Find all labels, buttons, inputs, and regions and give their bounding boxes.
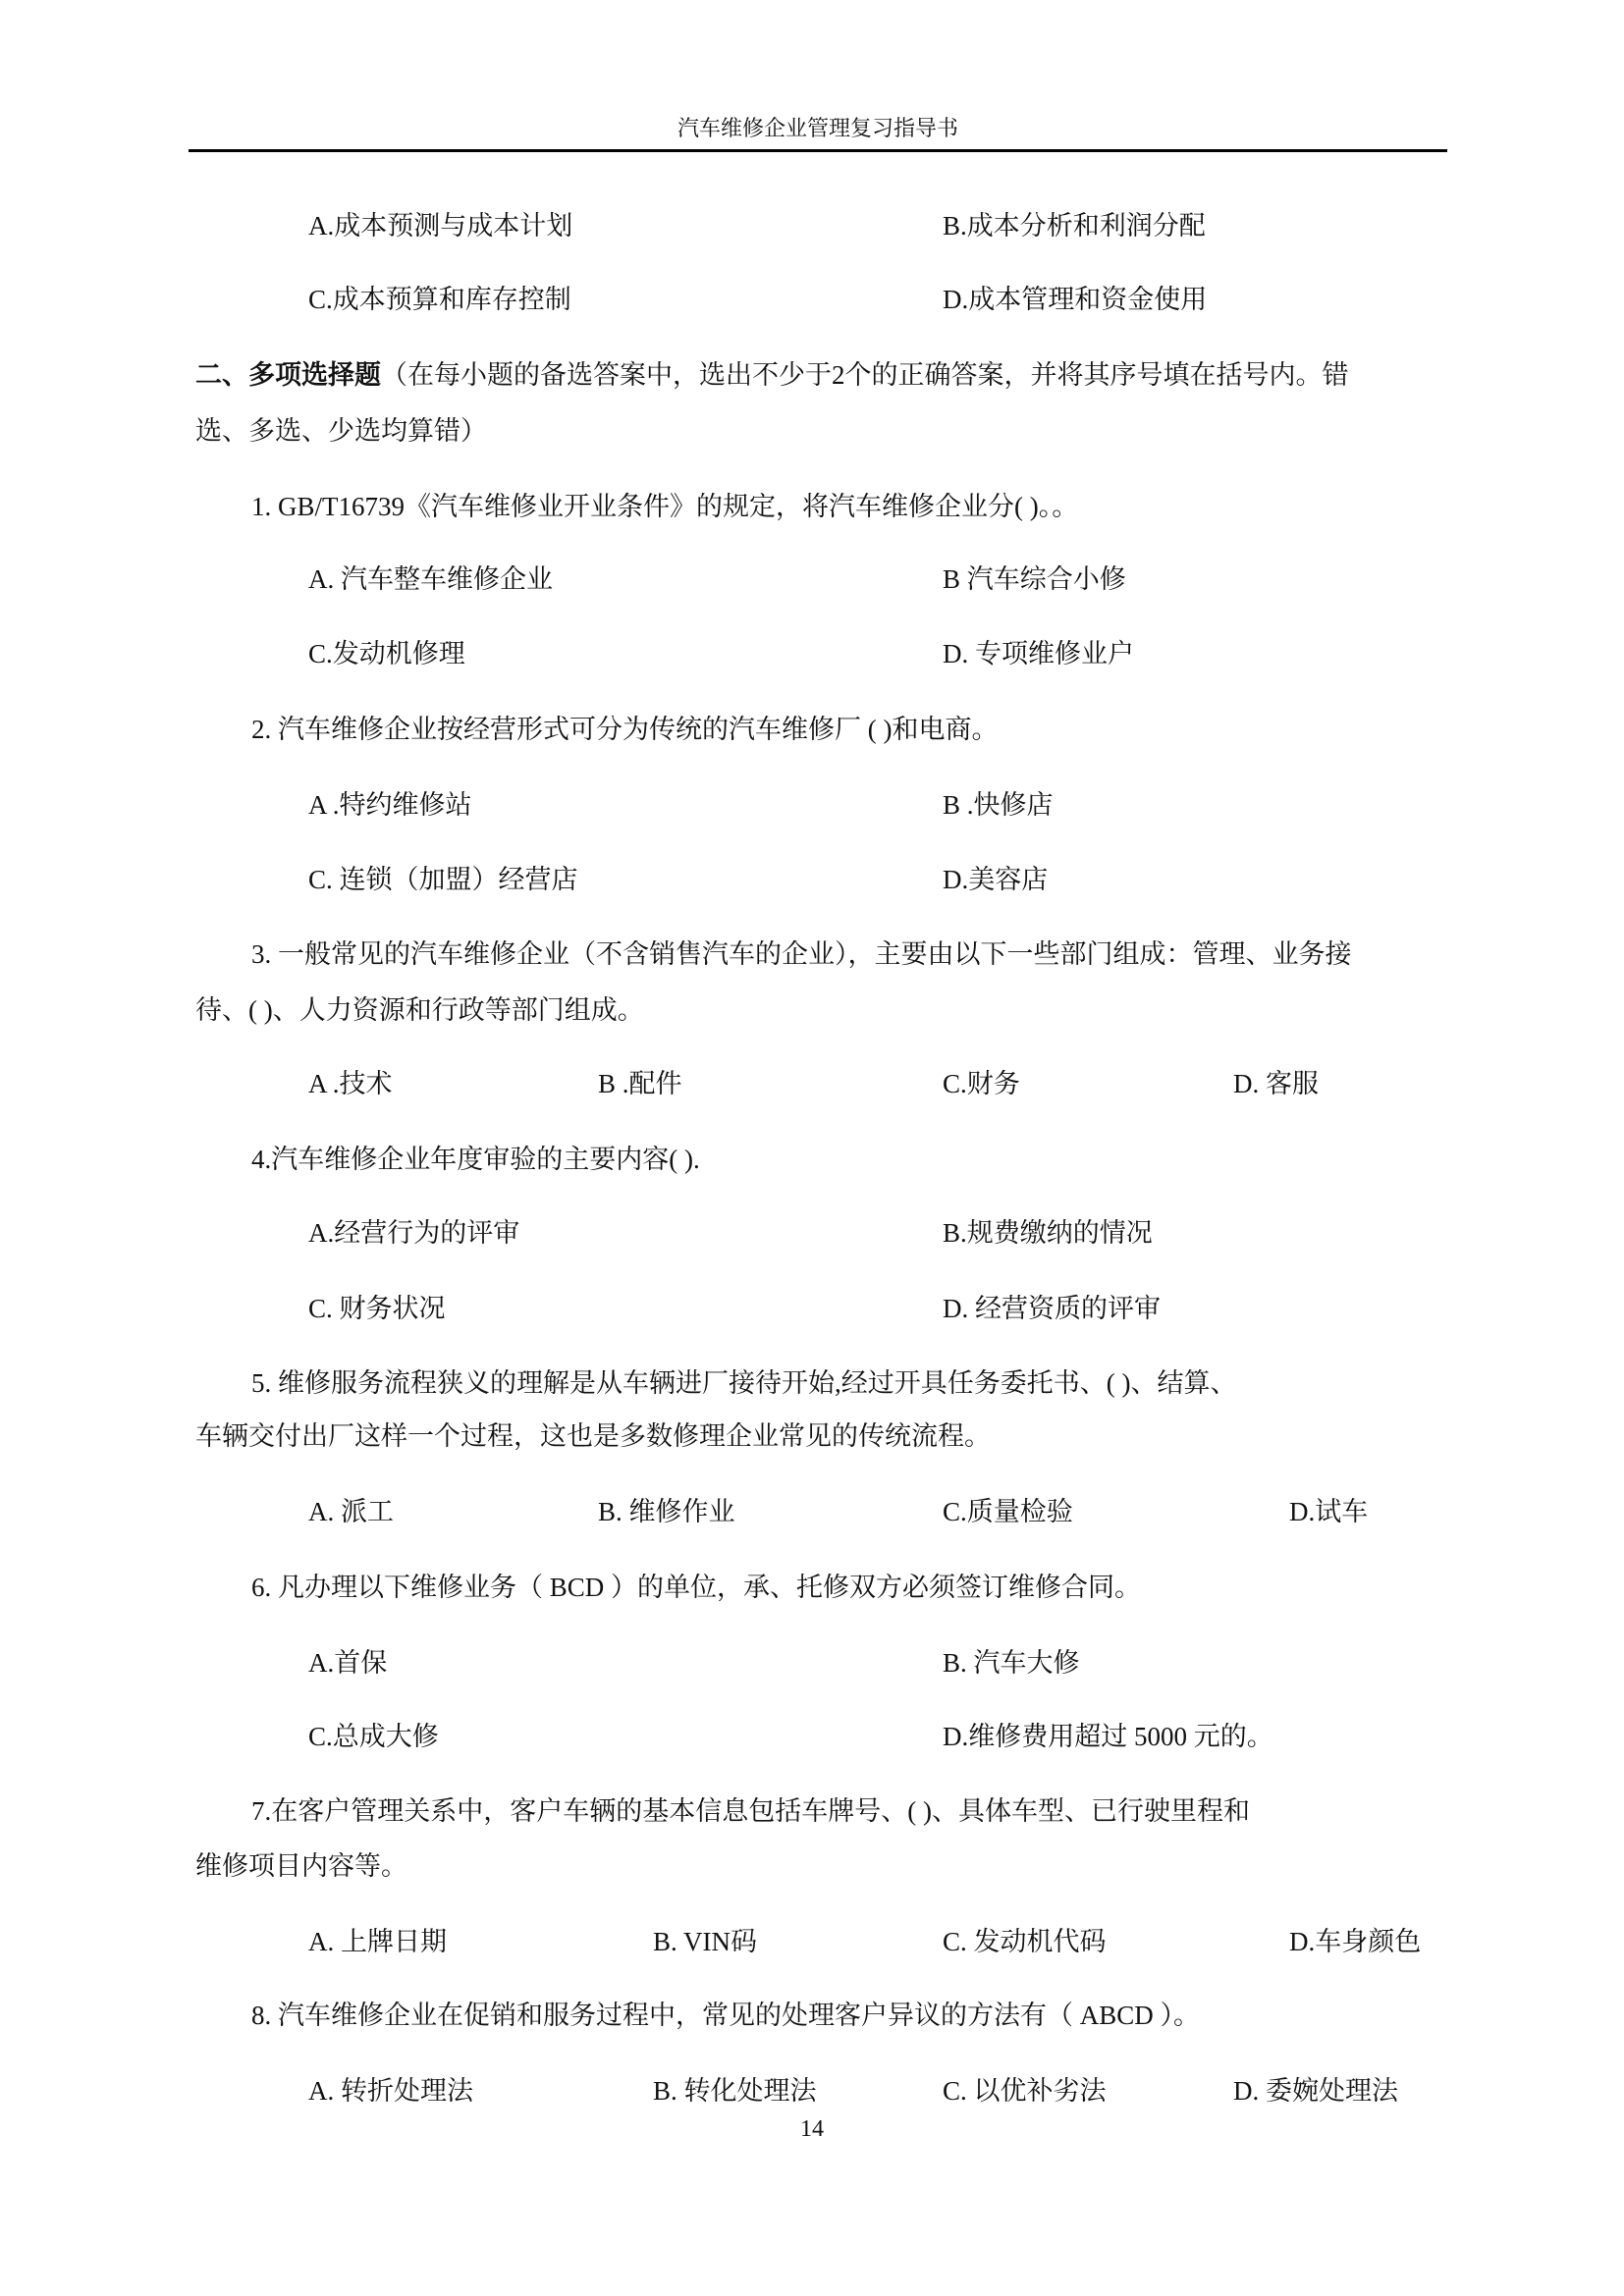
question-4: 4.汽车维修企业年度审验的主要内容( ). [251,1143,700,1176]
section-title: 二、多项选择题 [195,360,381,391]
prev-option-d: D.成本管理和资金使用 [943,283,1207,316]
q6-option-a: A.首保 [308,1646,387,1680]
q2-option-c: C. 连锁（加盟）经营店 [308,863,578,896]
q8-option-d: D. 委婉处理法 [1233,2074,1398,2108]
q5-option-d: D.试车 [1289,1495,1368,1528]
q1-option-d: D. 专项维修业户 [943,637,1134,670]
question-2: 2. 汽车维修企业按经营形式可分为传统的汽车维修厂 ( )和电商。 [251,713,998,746]
header-rule [189,149,1447,152]
q4-option-d: D. 经营资质的评审 [943,1292,1161,1325]
prev-option-c: C.成本预算和库存控制 [308,283,571,316]
q8-option-b: B. 转化处理法 [653,2074,817,2108]
q8-option-c: C. 以优补劣法 [943,2074,1107,2108]
question-7: 7.在客户管理关系中，客户车辆的基本信息包括车牌号、( )、具体车型、已行驶里程… [251,1794,1250,1828]
q5-option-b: B. 维修作业 [598,1495,735,1528]
q1-option-b: B 汽车综合小修 [943,562,1126,596]
q4-option-a: A.经营行为的评审 [308,1216,519,1250]
question-3: 3. 一般常见的汽车维修企业（不含销售汽车的企业），主要由以下一些部门组成：管理… [251,937,1352,971]
q3-option-b: B .配件 [598,1067,682,1100]
prev-option-b: B.成本分析和利润分配 [943,209,1206,242]
q7-option-a: A. 上牌日期 [308,1925,447,1958]
question-6: 6. 凡办理以下维修业务（ BCD ）的单位，承、托修双方必须签订维修合同。 [251,1571,1141,1604]
q7-option-b: B. VIN码 [653,1925,757,1958]
q7-option-c: C. 发动机代码 [943,1925,1107,1958]
question-1: 1. GB/T16739《汽车维修业开业条件》的规定，将汽车维修企业分( )。。 [251,490,1078,523]
q3-option-d: D. 客服 [1233,1067,1319,1100]
q6-option-b: B. 汽车大修 [943,1646,1080,1680]
prev-option-a: A.成本预测与成本计划 [308,209,572,242]
q7-option-d: D.车身颜色 [1289,1925,1421,1958]
section-heading: 二、多项选择题（在每小题的备选答案中，选出不少于2个的正确答案，并将其序号填在括… [195,358,1349,393]
question-5-cont: 车辆交付出厂这样一个过程，这也是多数修理企业常见的传统流程。 [195,1419,991,1453]
running-header: 汽车维修企业管理复习指导书 [189,114,1447,143]
question-5: 5. 维修服务流程狭义的理解是从车辆进厂接待开始,经过开具任务委托书、( )、结… [251,1366,1236,1400]
q2-option-b: B .快修店 [943,788,1054,822]
q8-option-a: A. 转折处理法 [308,2074,473,2108]
q1-option-c: C.发动机修理 [308,637,465,670]
section-instruction: （在每小题的备选答案中，选出不少于2个的正确答案，并将其序号填在括号内。错 [381,360,1349,390]
q4-option-b: B.规费缴纳的情况 [943,1216,1153,1250]
q2-option-d: D.美容店 [943,863,1048,896]
q6-option-c: C.总成大修 [308,1720,439,1753]
q2-option-a: A .特约维修站 [308,788,472,822]
question-3-cont: 待、( )、人力资源和行政等部门组成。 [195,993,644,1027]
question-8: 8. 汽车维修企业在促销和服务过程中，常见的处理客户异议的方法有（ ABCD ）… [251,1999,1200,2032]
question-7-cont: 维修项目内容等。 [195,1849,407,1883]
q4-option-c: C. 财务状况 [308,1292,446,1325]
section-instruction-cont: 选、多选、少选均算错） [195,414,487,448]
q1-option-a: A. 汽车整车维修企业 [308,562,553,596]
page-number: 14 [0,2116,1624,2143]
q5-option-c: C.质量检验 [943,1495,1073,1528]
q3-option-a: A .技术 [308,1067,393,1100]
q5-option-a: A. 派工 [308,1495,394,1528]
q6-option-d: D.维修费用超过 5000 元的。 [943,1720,1273,1753]
q3-option-c: C.财务 [943,1067,1020,1100]
